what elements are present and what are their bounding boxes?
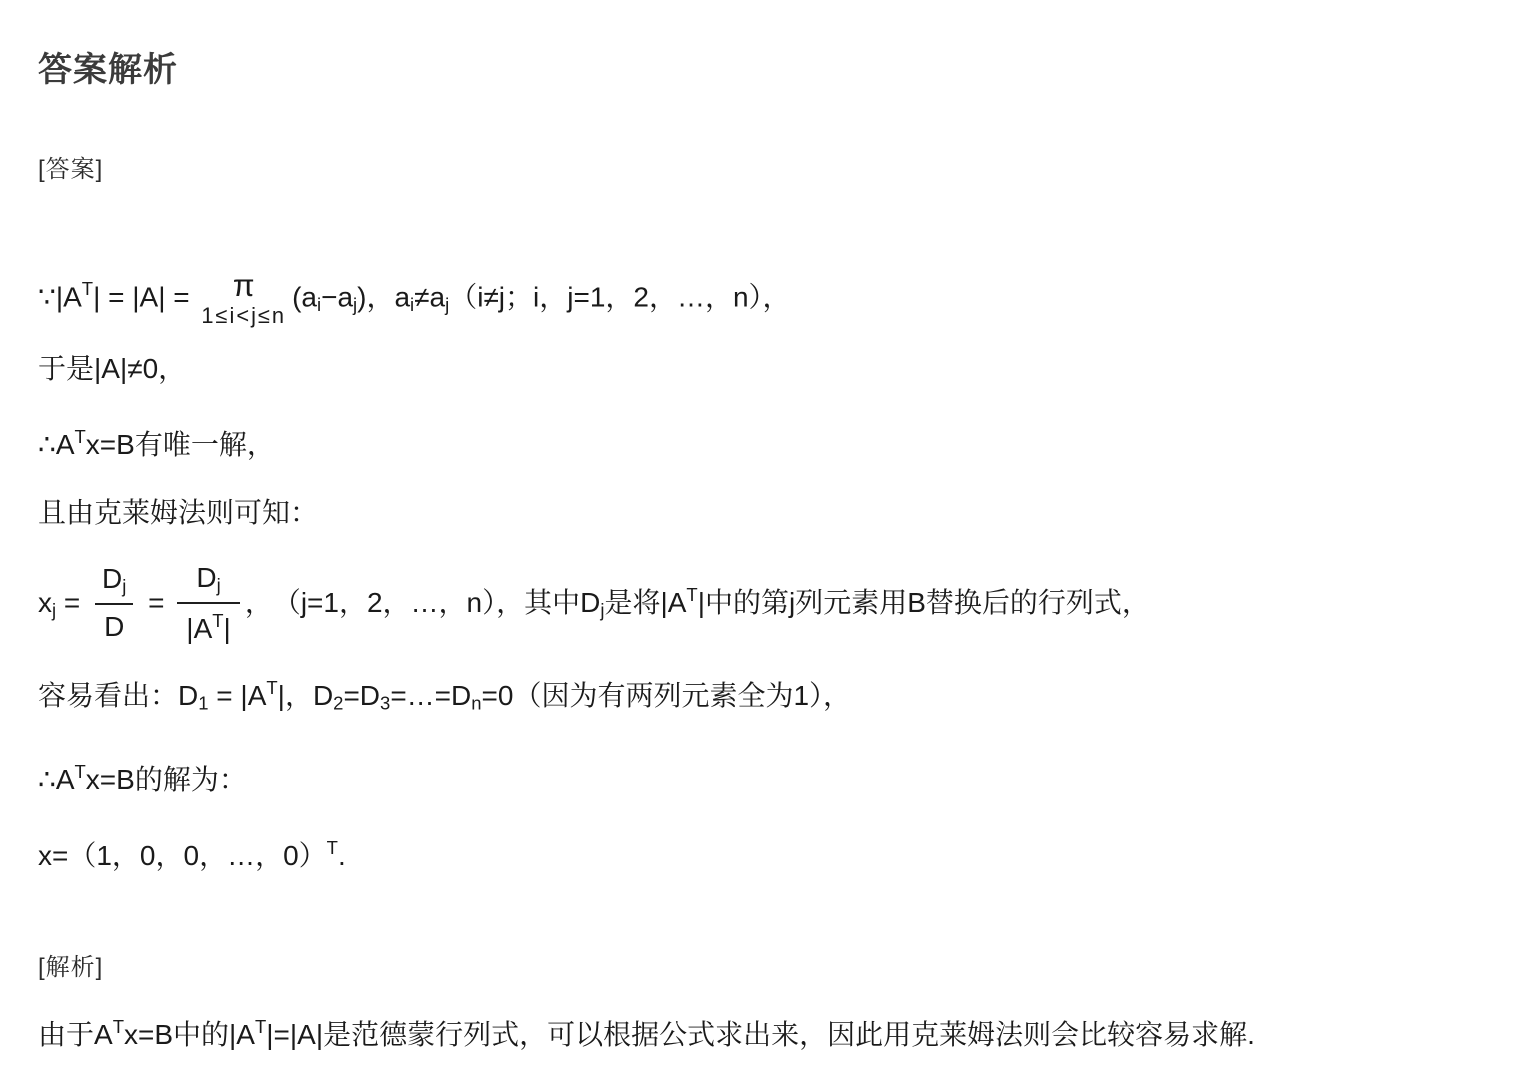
text-run: x=B有唯一解， — [86, 429, 275, 460]
math-subscript: j — [217, 575, 221, 596]
page-title: 答案解析 — [38, 42, 1495, 91]
solution-intro: ∴ATx=B的解为： — [38, 753, 1495, 799]
fraction-numerator: Dj — [93, 563, 135, 603]
product-notation: π1≤i<j≤n — [201, 270, 286, 328]
product-symbol: π — [233, 270, 255, 303]
text-run: . — [338, 840, 346, 871]
text-run: x=B的解为： — [86, 764, 247, 795]
text-run: −a — [321, 281, 353, 312]
text-run: =…=D — [390, 680, 471, 711]
cramer-rule-intro: 且由克莱姆法则可知： — [38, 494, 1495, 532]
text-run: =D — [343, 680, 380, 711]
text-run: ， （j=1，2，…，n），其中D — [245, 587, 601, 618]
text-run: = |A — [209, 680, 267, 711]
solution-vector: x=（1，0，0，…，0）T. — [38, 829, 1495, 875]
dj-values: 容易看出：D1 = |AT|，D2=D3=…=Dn=0（因为有两列元素全为1）， — [38, 669, 1495, 723]
text-run: x — [38, 587, 52, 618]
text-run: 且由克莱姆法则可知： — [38, 497, 318, 528]
math-subscript: n — [471, 693, 481, 714]
text-run: (a — [292, 281, 317, 312]
fraction-denominator: |AT| — [177, 602, 240, 647]
math-superscript: T — [255, 1016, 266, 1037]
section-lines-answer: ∵|AT| = |A| = π1≤i<j≤n(ai−aj)，ai≠aj（i≠j；… — [38, 270, 1495, 875]
text-run: =0（因为有两列元素全为1）， — [482, 680, 852, 711]
math-subscript: 1 — [198, 693, 208, 714]
text-run: ∴A — [38, 764, 75, 795]
text-run: |中的第j列元素用B替换后的行列式， — [698, 587, 1150, 618]
text-run: = — [140, 587, 172, 618]
section-label-analysis: [解析] — [38, 947, 1495, 982]
math-subscript: 2 — [333, 693, 343, 714]
math-fraction: Dj|AT| — [177, 562, 240, 647]
text-run: 是将|A — [604, 587, 686, 618]
product-index-range: 1≤i<j≤n — [201, 305, 286, 328]
math-subscript: j — [122, 576, 126, 597]
text-run: D — [102, 563, 122, 594]
text-run: 由于A — [38, 1019, 113, 1050]
document-page: 答案解析 [答案]∵|AT| = |A| = π1≤i<j≤n(ai−aj)，a… — [0, 0, 1535, 1084]
unique-solution: ∴ATx=B有唯一解， — [38, 418, 1495, 464]
fraction-numerator: Dj — [187, 562, 229, 602]
section-label-answer: [答案] — [38, 149, 1495, 184]
text-run: ∵|A — [38, 281, 82, 312]
section-lines-analysis: 由于ATx=B中的|AT|=|A|是范德蒙行列式，可以根据公式求出来，因此用克莱… — [38, 1008, 1495, 1054]
math-superscript: T — [266, 677, 277, 698]
text-run: x=B中的|A — [124, 1019, 255, 1050]
math-fraction: DjD — [93, 563, 135, 645]
vandermonde-determinant: ∵|AT| = |A| = π1≤i<j≤n(ai−aj)，ai≠aj（i≠j；… — [38, 270, 1495, 328]
det-nonzero: 于是|A|≠0， — [38, 350, 1495, 388]
text-run: |=|A|是范德蒙行列式，可以根据公式求出来，因此用克莱姆法则会比较容易求解. — [266, 1019, 1255, 1050]
content-area: [答案]∵|AT| = |A| = π1≤i<j≤n(ai−aj)，ai≠aj（… — [38, 149, 1495, 1054]
text-run: = — [56, 587, 88, 618]
math-superscript: T — [75, 761, 86, 782]
cramer-formula: xj = DjD = Dj|AT|， （j=1，2，…，n），其中Dj是将|AT… — [38, 562, 1495, 647]
text-run: 于是|A|≠0， — [38, 353, 186, 384]
math-superscript: T — [82, 278, 93, 299]
text-run: ∴A — [38, 429, 75, 460]
text-run: |，D — [278, 680, 334, 711]
text-run: | = |A| = — [93, 281, 197, 312]
math-superscript: T — [212, 610, 223, 631]
text-run: （i≠j；i，j=1，2，…，n）， — [449, 281, 790, 312]
text-run: D — [104, 611, 124, 642]
math-superscript: T — [113, 1016, 124, 1037]
text-run: | — [224, 613, 231, 644]
math-superscript: T — [75, 426, 86, 447]
fraction-denominator: D — [95, 603, 133, 645]
text-run: )，a — [357, 281, 410, 312]
text-run: 容易看出：D — [38, 680, 198, 711]
text-run: ≠a — [414, 281, 445, 312]
text-run: |A — [186, 613, 212, 644]
math-superscript: T — [327, 837, 338, 858]
section-answer: [答案]∵|AT| = |A| = π1≤i<j≤n(ai−aj)，ai≠aj（… — [38, 149, 1495, 875]
math-superscript: T — [686, 584, 697, 605]
section-analysis: [解析]由于ATx=B中的|AT|=|A|是范德蒙行列式，可以根据公式求出来，因… — [38, 947, 1495, 1054]
text-run: x=（1，0，0，…，0） — [38, 840, 327, 871]
analysis-explanation: 由于ATx=B中的|AT|=|A|是范德蒙行列式，可以根据公式求出来，因此用克莱… — [38, 1008, 1495, 1054]
text-run: D — [196, 562, 216, 593]
math-subscript: 3 — [380, 693, 390, 714]
